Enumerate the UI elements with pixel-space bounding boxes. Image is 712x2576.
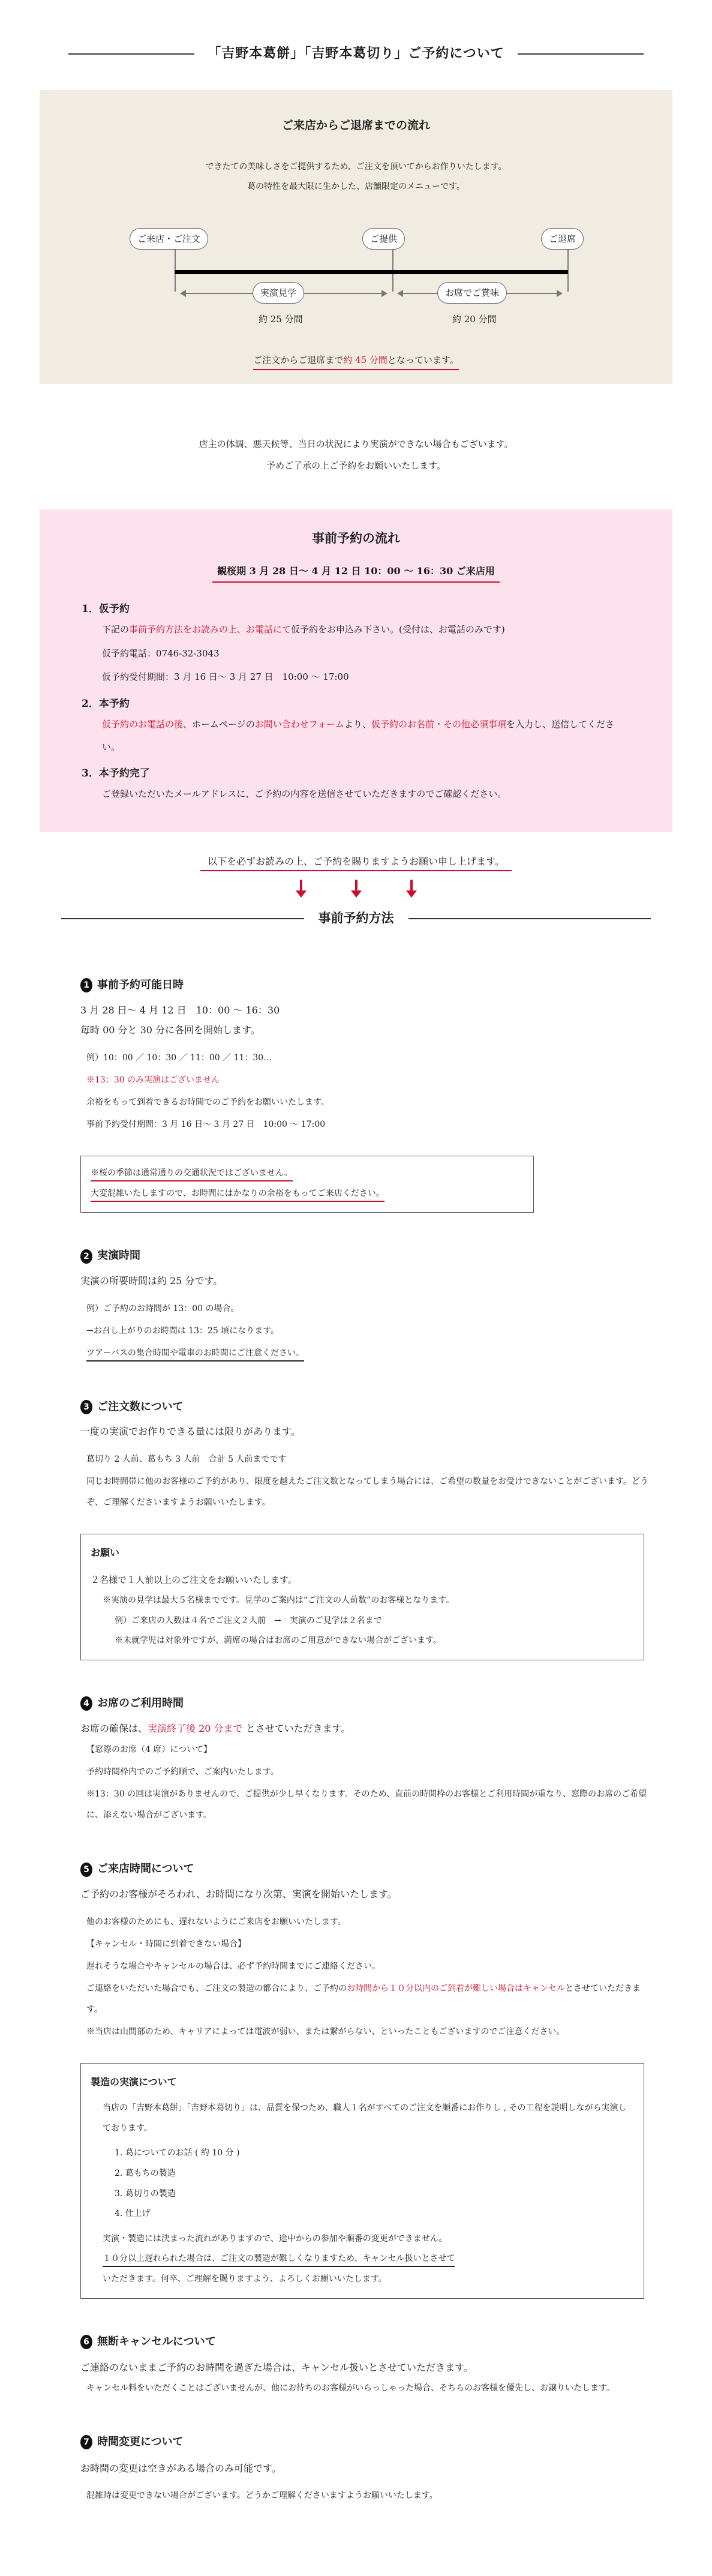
number-7-icon: 7: [80, 2435, 92, 2449]
request-box: お願い ２名様で１人前以上のご注文をお願いいたします。 ※実演の見学は最大５名様…: [80, 1534, 644, 1660]
method-item-5: 5ご来店時間について ご予約のお客様がそろわれ、お時間になり次第、実演を開始いた…: [80, 1861, 653, 2298]
timeline-bar: [175, 270, 568, 274]
provisional-period: 仮予約受付期間：3 月 16 日～ 3 月 27 日 10:00 ～ 17:00: [102, 666, 630, 689]
method-item-7: 7時間変更について お時間の変更は空きがある場合のみ可能です。 混雑時は変更でき…: [80, 2434, 653, 2506]
method-item-1: 1事前予約可能日時 3 月 28 日～ 4 月 12 日 10：00 ～ 16：…: [80, 977, 653, 1213]
read-below-notice: 以下を必ずお読みの上、ご予約を賜りますようお願い申し上げます。: [0, 854, 712, 869]
step-title: 3．本予約完了: [82, 766, 630, 782]
number-1-icon: 1: [80, 978, 92, 992]
total-highlight: 約 45 分間: [343, 355, 387, 365]
phase-tasting-duration: 約 20 分間: [452, 312, 497, 326]
down-arrow-icon: [295, 880, 307, 898]
notice: 店主の体調、悪天候等、当日の状況により実演ができない場合もございます。 予めご了…: [0, 433, 712, 476]
process-steps: 1. 葛についてのお話 ( 約 10 分 ) 2. 葛もちの製造 3. 葛切りの…: [91, 2143, 632, 2224]
notice-line: 店主の体調、悪天候等、当日の状況により実演ができない場合もございます。: [0, 433, 712, 455]
reservation-steps: 1．仮予約 下記の事前予約方法をお読みの上、お電話にて仮予約をお申込み下さい。(…: [40, 578, 672, 806]
phase-demo: 実演見学: [253, 282, 304, 304]
number-2-icon: 2: [80, 1249, 92, 1264]
step-body: 仮予約のお電話の後、ホームページのお問い合わせフォームより、仮予約のお名前・その…: [82, 713, 630, 758]
method-item-2: 2実演時間 実演の所要時間は約 25 分です。 例）ご予約のお時間が 13：00…: [80, 1247, 653, 1363]
phase-demo-duration: 約 25 分間: [259, 312, 303, 326]
step-body: ご登録いただいたメールアドレスに、ご予約の内容を送信させていただきますのでご確認…: [82, 783, 630, 806]
heading-rule-left: [61, 918, 304, 919]
reservation-flow-heading: 事前予約の流れ: [40, 529, 672, 549]
milestone-serve: ご提供: [362, 228, 405, 250]
page: 「吉野本葛餅」「吉野本葛切り」ご予約について ご来店からご退席までの流れ できた…: [0, 0, 712, 2572]
visit-flow-heading: ご来店からご退席までの流れ: [40, 90, 672, 134]
visit-flow-panel: ご来店からご退席までの流れ できたての美味しさをご提供するため、ご注文を頂いてか…: [40, 90, 672, 384]
item-title: 事前予約可能日時: [97, 977, 184, 994]
demo-process-box: 製造の実演について 当店の「吉野本葛餅」「吉野本葛切り」は、品質を保つため、職人…: [80, 2063, 644, 2299]
visit-flow-intro: できたての美味しさをご提供するため、ご注文を頂いてからお作りいたします。 葛の特…: [40, 157, 672, 196]
title-rule-right: [518, 53, 644, 55]
title-rule-left: [68, 53, 194, 55]
phone-number[interactable]: 仮予約電話：0746-32-3043: [102, 643, 630, 665]
down-arrow-icon: [405, 880, 417, 898]
step-title: 2．本予約: [82, 696, 630, 712]
method-header: 事前予約方法: [61, 908, 651, 929]
heading-rule-right: [408, 918, 651, 919]
milestone-arrival: ご来店・ご注文: [130, 228, 208, 250]
red-arrows: [0, 880, 712, 898]
visit-timeline: ご来店・ご注文 ご提供 ご退席 実演見学 お席でご賞味 約 25 分間 約 20…: [40, 228, 672, 324]
down-arrow-icon: [350, 880, 362, 898]
intro-line: 葛の特性を最大限に生かした、店舗限定のメニューです。: [40, 177, 672, 196]
reservation-period: 観桜期 3 月 28 日～ 4 月 12 日 10：00 ～ 16：30 ご来店…: [40, 563, 672, 579]
milestone-leave: ご退席: [541, 228, 584, 250]
notice-line: 予めご了承の上ご予約をお願いいたします。: [0, 455, 712, 476]
page-title: 「吉野本葛餅」「吉野本葛切り」ご予約について: [208, 43, 504, 64]
method-heading: 事前予約方法: [319, 908, 394, 929]
phase-tasting: お席でご賞味: [437, 282, 507, 304]
traffic-notice-box: ※桜の季節は通常通りの交通状況ではございません。 大変混雑いたしますので、お時間…: [80, 1156, 534, 1213]
reservation-flow-panel: 事前予約の流れ 観桜期 3 月 28 日～ 4 月 12 日 10：00 ～ 1…: [40, 509, 672, 832]
method-item-4: 4お席のご利用時間 お席の確保は、実演終了後 20 分まで とさせていただきます…: [80, 1695, 653, 1826]
method-content: 1事前予約可能日時 3 月 28 日～ 4 月 12 日 10：00 ～ 16：…: [0, 977, 712, 2506]
number-3-icon: 3: [80, 1400, 92, 1414]
total-prefix: ご注文からご退席まで: [253, 355, 343, 365]
contact-form-link[interactable]: お問い合わせフォーム: [255, 719, 344, 730]
step-title: 1．仮予約: [82, 601, 630, 617]
number-5-icon: 5: [80, 1863, 92, 1877]
flow-total: ご注文からご退席まで約 45 分間となっています。: [40, 353, 672, 367]
step-body: 下記の事前予約方法をお読みの上、お電話にて仮予約をお申込み下さい。(受付は、お電…: [82, 619, 630, 689]
number-6-icon: 6: [80, 2335, 92, 2349]
number-4-icon: 4: [80, 1696, 92, 1711]
total-suffix: となっています。: [387, 355, 459, 365]
method-item-6: 6無断キャンセルについて ご連絡のないままご予約のお時間を過ぎた場合は、キャンセ…: [80, 2334, 653, 2399]
page-header: 「吉野本葛餅」「吉野本葛切り」ご予約について: [0, 0, 712, 66]
intro-line: できたての美味しさをご提供するため、ご注文を頂いてからお作りいたします。: [40, 157, 672, 176]
method-item-3: 3ご注文数について 一度の実演でお作りできる量には限りがあります。 葛切り 2 …: [80, 1399, 653, 1661]
